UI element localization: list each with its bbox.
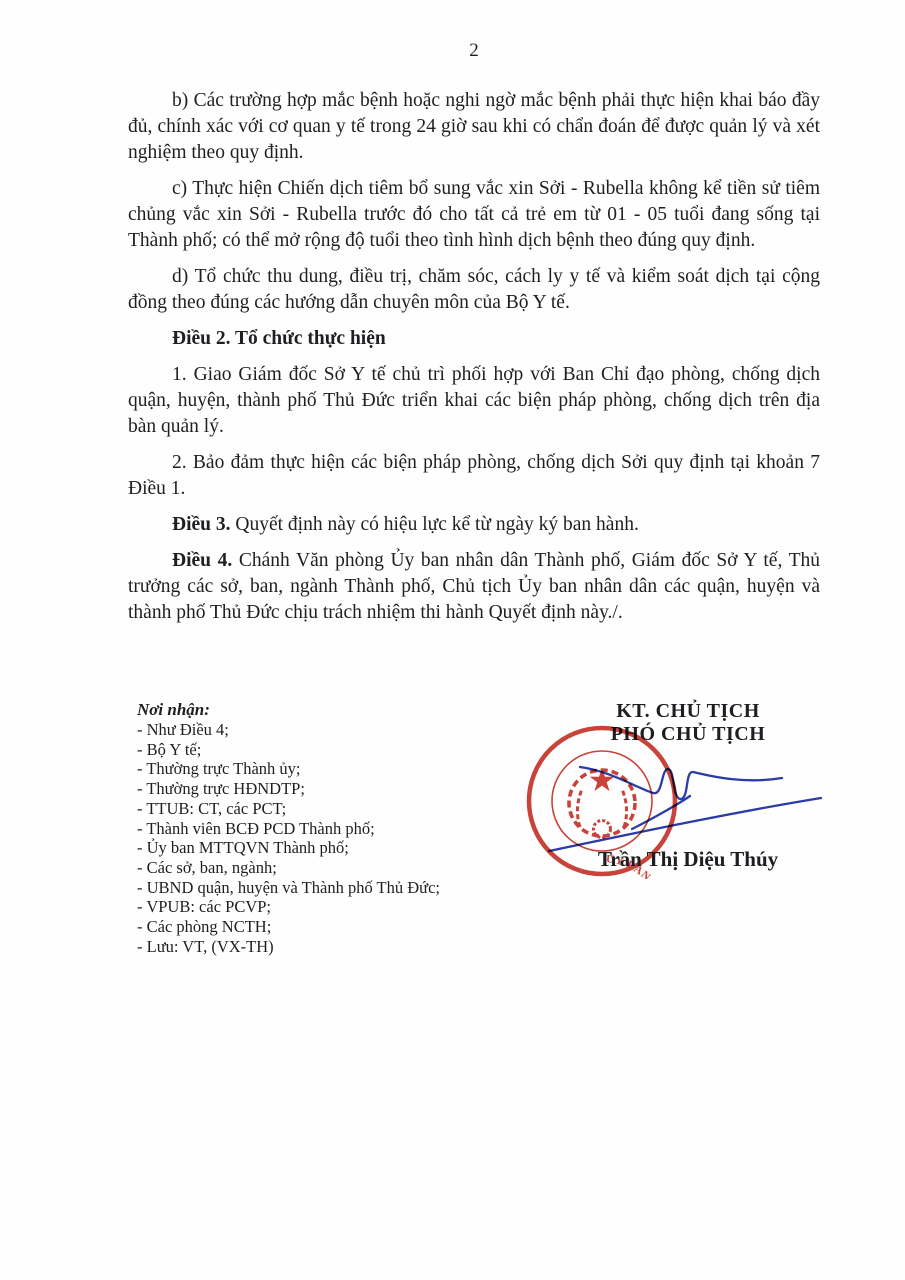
- signature-authority-line1: KT. CHỦ TỊCH: [557, 700, 819, 722]
- document-page: { "page": { "number": "2" }, "body": { "…: [0, 0, 905, 1280]
- article-4: Điều 4. Chánh Văn phòng Ủy ban nhân dân …: [128, 548, 820, 626]
- paragraph-b: b) Các trường hợp mắc bệnh hoặc nghi ngờ…: [128, 88, 820, 166]
- article-4-text: Chánh Văn phòng Ủy ban nhân dân Thành ph…: [128, 550, 820, 623]
- page-number: 2: [128, 38, 820, 64]
- signer-name: Trần Thị Diệu Thúy: [557, 846, 819, 872]
- recipient-item: - Ủy ban MTTQVN Thành phố;: [137, 838, 497, 858]
- recipient-item: - Các sở, ban, ngành;: [137, 858, 497, 878]
- article-2-item-1: 1. Giao Giám đốc Sở Y tế chủ trì phối hợ…: [128, 362, 820, 440]
- recipient-item: - Thành viên BCĐ PCD Thành phố;: [137, 819, 497, 839]
- paragraph-c: c) Thực hiện Chiến dịch tiêm bổ sung vắc…: [128, 176, 820, 254]
- document-body: 2 b) Các trường hợp mắc bệnh hoặc nghi n…: [128, 38, 820, 636]
- article-3-text: Quyết định này có hiệu lực kể từ ngày ký…: [231, 514, 639, 535]
- recipients-block: Nơi nhận: - Như Điều 4; - Bộ Y tế; - Thư…: [137, 700, 497, 956]
- recipient-item: - Thường trực Thành ủy;: [137, 759, 497, 779]
- recipient-item: - Lưu: VT, (VX-TH): [137, 937, 497, 957]
- recipient-item: - Thường trực HĐNDTP;: [137, 779, 497, 799]
- recipient-item: - UBND quận, huyện và Thành phố Thủ Đức;: [137, 878, 497, 898]
- recipient-item: - VPUB: các PCVP;: [137, 897, 497, 917]
- article-2-heading: Điều 2. Tổ chức thực hiện: [128, 326, 820, 352]
- recipients-label: Nơi nhận:: [137, 700, 497, 720]
- article-2-item-2: 2. Bảo đảm thực hiện các biện pháp phòng…: [128, 450, 820, 502]
- recipient-item: - Bộ Y tế;: [137, 740, 497, 760]
- article-3-label: Điều 3.: [172, 514, 231, 535]
- article-3: Điều 3. Quyết định này có hiệu lực kể từ…: [128, 512, 820, 538]
- article-4-label: Điều 4.: [172, 550, 232, 571]
- recipient-item: - Các phòng NCTH;: [137, 917, 497, 937]
- recipient-item: - Như Điều 4;: [137, 720, 497, 740]
- recipient-item: - TTUB: CT, các PCT;: [137, 799, 497, 819]
- paragraph-d: d) Tổ chức thu dung, điều trị, chăm sóc,…: [128, 264, 820, 316]
